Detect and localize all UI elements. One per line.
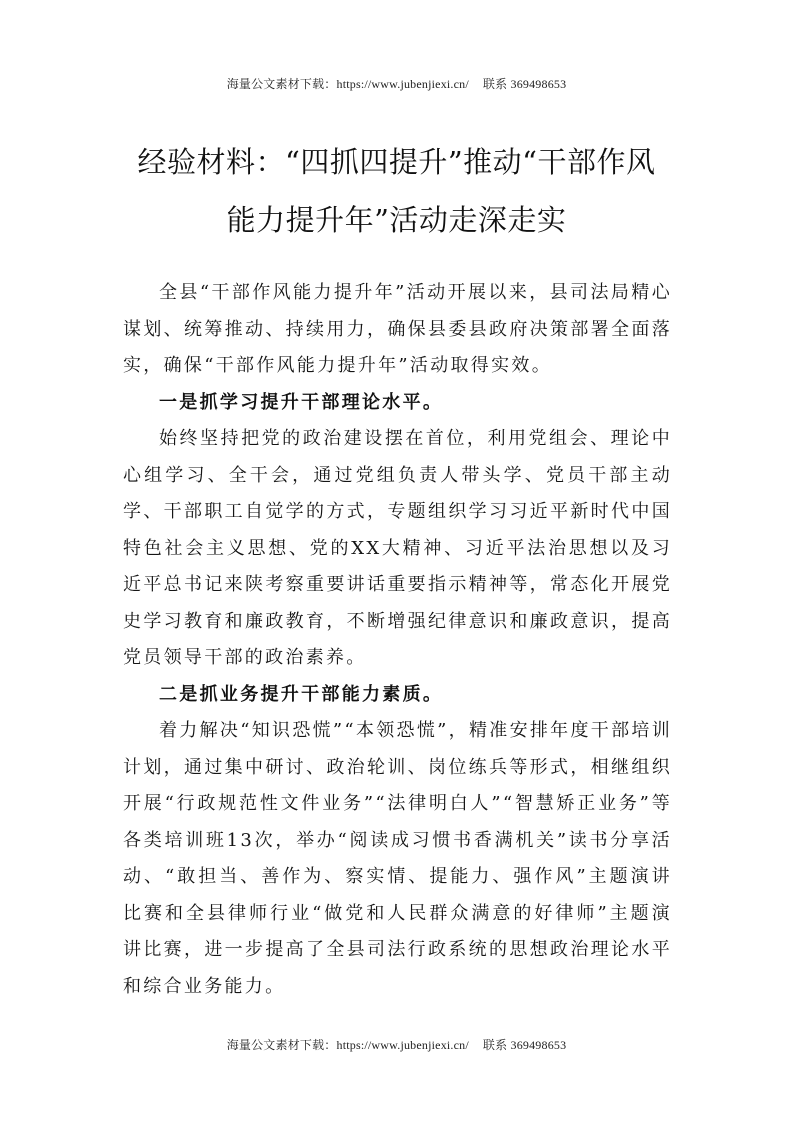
page-footer-watermark: 海量公文素材下载：https://www.jubenjiexi.cn/联系 36… <box>0 1036 793 1053</box>
intro-paragraph: 全县“干部作风能力提升年”活动开展以来，县司法局精心谋划、统筹推动、持续用力，确… <box>123 275 672 385</box>
header-contact: 联系 369498653 <box>483 77 566 91</box>
page-header-watermark: 海量公文素材下载：https://www.jubenjiexi.cn/联系 36… <box>0 75 793 92</box>
document-title: 经验材料：“四抓四提升”推动“干部作风 能力提升年”活动走深走实 <box>100 133 693 249</box>
section-heading-1: 一是抓学习提升干部理论水平。 <box>123 385 672 422</box>
title-line-1: 经验材料：“四抓四提升”推动“干部作风 <box>138 145 656 179</box>
footer-contact: 联系 369498653 <box>483 1038 566 1052</box>
title-line-2: 能力提升年”活动走深走实 <box>227 203 567 237</box>
section-paragraph-2: 着力解决“知识恐慌”“本领恐慌”，精准安排年度干部培训计划，通过集中研讨、政治轮… <box>123 713 672 1005</box>
document-body: 全县“干部作风能力提升年”活动开展以来，县司法局精心谋划、统筹推动、持续用力，确… <box>123 275 672 1005</box>
footer-download-label: 海量公文素材下载：https://www.jubenjiexi.cn/ <box>227 1038 469 1052</box>
header-download-label: 海量公文素材下载：https://www.jubenjiexi.cn/ <box>227 77 469 91</box>
section-paragraph-1: 始终坚持把党的政治建设摆在首位，利用党组会、理论中心组学习、全干会，通过党组负责… <box>123 421 672 677</box>
section-heading-2: 二是抓业务提升干部能力素质。 <box>123 677 672 714</box>
